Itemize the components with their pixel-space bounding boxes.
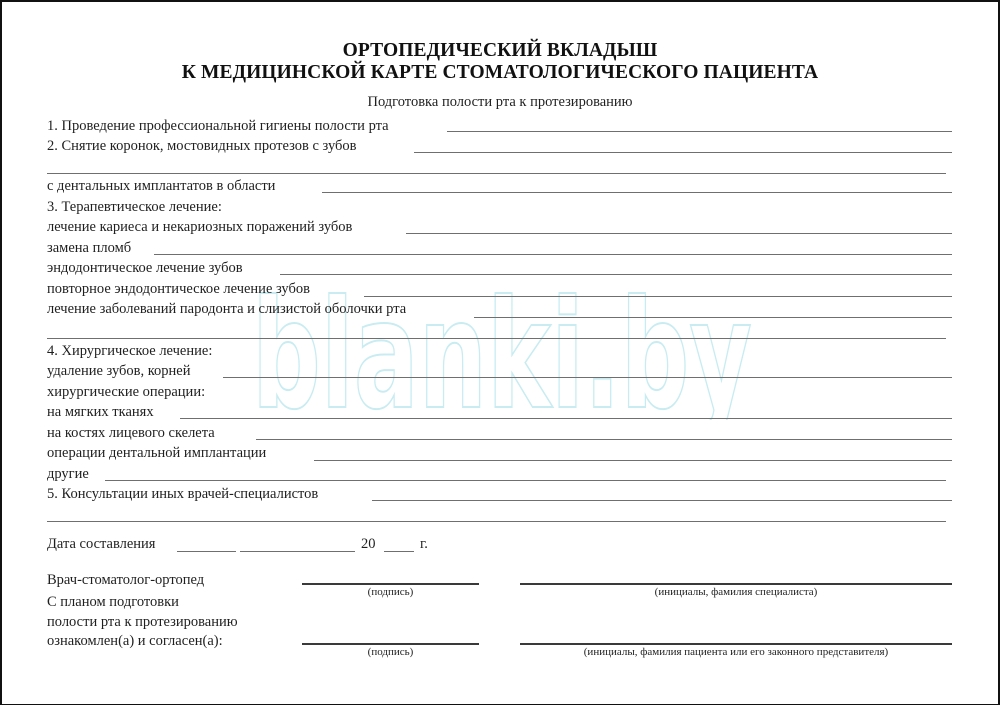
- patient-label-line1: С планом подготовки: [47, 593, 179, 611]
- field-caries[interactable]: [406, 233, 952, 234]
- form-subtitle: Подготовка полости рта к протезированию: [0, 94, 1000, 111]
- item-caries-label: лечение кариеса и некариозных поражений …: [47, 218, 352, 236]
- field-endo-repeat[interactable]: [364, 296, 952, 297]
- date-year-suffix: г.: [420, 535, 428, 553]
- form-title-line1: ОРТОПЕДИЧЕСКИЙ ВКЛАДЫШ: [0, 40, 1000, 62]
- item-soft-tissue-label: на мягких тканях: [47, 403, 154, 421]
- date-label: Дата составления: [47, 535, 155, 553]
- item-hygiene-label: 1. Проведение профессиональной гигиены п…: [47, 117, 389, 135]
- field-date-month[interactable]: [240, 551, 355, 552]
- item-endo-repeat-label: повторное эндодонтическое лечение зубов: [47, 280, 310, 298]
- field-implantation[interactable]: [314, 460, 952, 461]
- doctor-label: Врач-стоматолог-ортопед: [47, 571, 204, 589]
- field-implants-area[interactable]: [322, 192, 952, 193]
- item-fillings-label: замена пломб: [47, 239, 131, 257]
- section-therapeutic-heading: 3. Терапевтическое лечение:: [47, 198, 222, 216]
- field-doctor-signature[interactable]: [302, 583, 479, 585]
- field-doctor-name[interactable]: [520, 583, 952, 585]
- doctor-name-caption: (инициалы, фамилия специалиста): [520, 586, 952, 598]
- field-soft-tissue[interactable]: [180, 418, 952, 419]
- field-consultations[interactable]: [372, 500, 952, 501]
- item-endo-label: эндодонтическое лечение зубов: [47, 259, 243, 277]
- field-patient-signature[interactable]: [302, 643, 479, 645]
- patient-name-caption: (инициалы, фамилия пациента или его зако…: [506, 646, 966, 658]
- item-implantation-label: операции дентальной имплантации: [47, 444, 266, 462]
- section-surgical-heading: 4. Хирургическое лечение:: [47, 342, 212, 360]
- field-date-year[interactable]: [384, 551, 414, 552]
- item-implants-area-label: с дентальных имплантатов в области: [47, 177, 275, 195]
- item-surgical-ops-label: хирургические операции:: [47, 383, 205, 401]
- form-title-line2: К МЕДИЦИНСКОЙ КАРТЕ СТОМАТОЛОГИЧЕСКОГО П…: [0, 62, 1000, 84]
- patient-signature-caption: (подпись): [302, 646, 479, 658]
- field-hygiene[interactable]: [447, 131, 952, 132]
- item-extraction-label: удаление зубов, корней: [47, 362, 191, 380]
- item-periodontal-label: лечение заболеваний пародонта и слизисто…: [47, 300, 406, 318]
- doctor-signature-caption: (подпись): [302, 586, 479, 598]
- date-century: 20: [361, 535, 376, 553]
- item-facial-bones-label: на костях лицевого скелета: [47, 424, 215, 442]
- field-endo[interactable]: [280, 274, 952, 275]
- field-periodontal[interactable]: [474, 317, 952, 318]
- field-other[interactable]: [105, 480, 946, 481]
- item-crown-removal-label: 2. Снятие коронок, мостовидных протезов …: [47, 137, 357, 155]
- field-crown-removal[interactable]: [414, 152, 952, 153]
- field-date-day[interactable]: [177, 551, 236, 552]
- patient-label-line3: ознакомлен(а) и согласен(а):: [47, 632, 223, 650]
- item-other-label: другие: [47, 465, 89, 483]
- field-extraction[interactable]: [223, 377, 952, 378]
- field-fillings[interactable]: [154, 254, 952, 255]
- field-consultations-continued[interactable]: [47, 521, 946, 522]
- field-crown-removal-continued[interactable]: [47, 173, 946, 174]
- field-patient-name[interactable]: [520, 643, 952, 645]
- item-consultations-label: 5. Консультации иных врачей-специалистов: [47, 485, 318, 503]
- field-periodontal-continued[interactable]: [47, 338, 946, 339]
- patient-label-line2: полости рта к протезированию: [47, 613, 238, 631]
- field-facial-bones[interactable]: [256, 439, 952, 440]
